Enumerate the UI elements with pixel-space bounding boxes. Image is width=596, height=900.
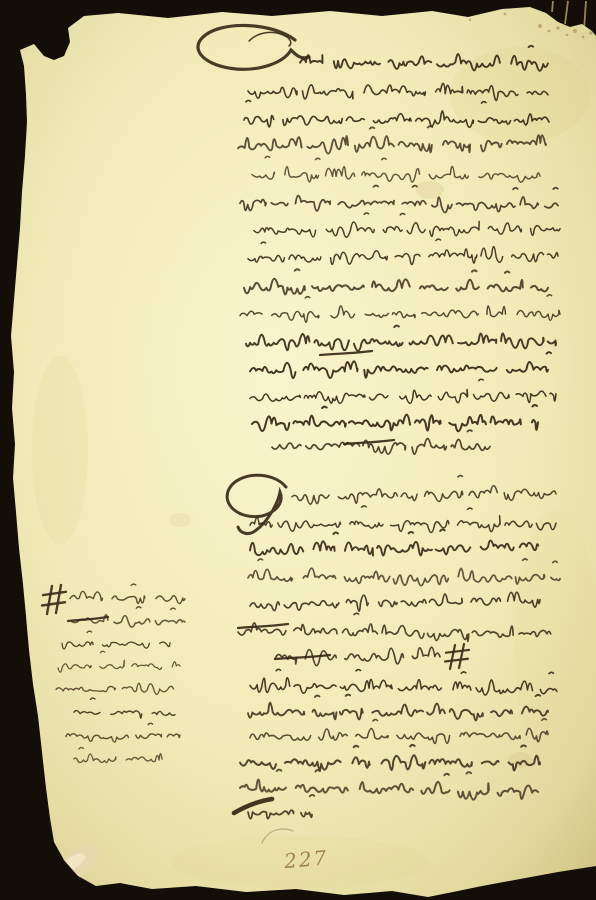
edge-speck (566, 34, 569, 37)
edge-speck (589, 31, 593, 35)
manuscript-scan: 227 (0, 0, 596, 900)
edge-speck (556, 26, 560, 30)
paper-vignette (0, 0, 596, 900)
edge-speck (573, 29, 577, 33)
edge-speck (469, 19, 471, 21)
folio-number: 227 (282, 845, 329, 873)
edge-speck (582, 36, 585, 39)
manuscript-photo: 227 (0, 0, 596, 900)
edge-speck (504, 13, 507, 16)
page-edge-line (552, 1, 553, 12)
edge-speck (548, 30, 551, 33)
edge-speck (538, 24, 542, 28)
